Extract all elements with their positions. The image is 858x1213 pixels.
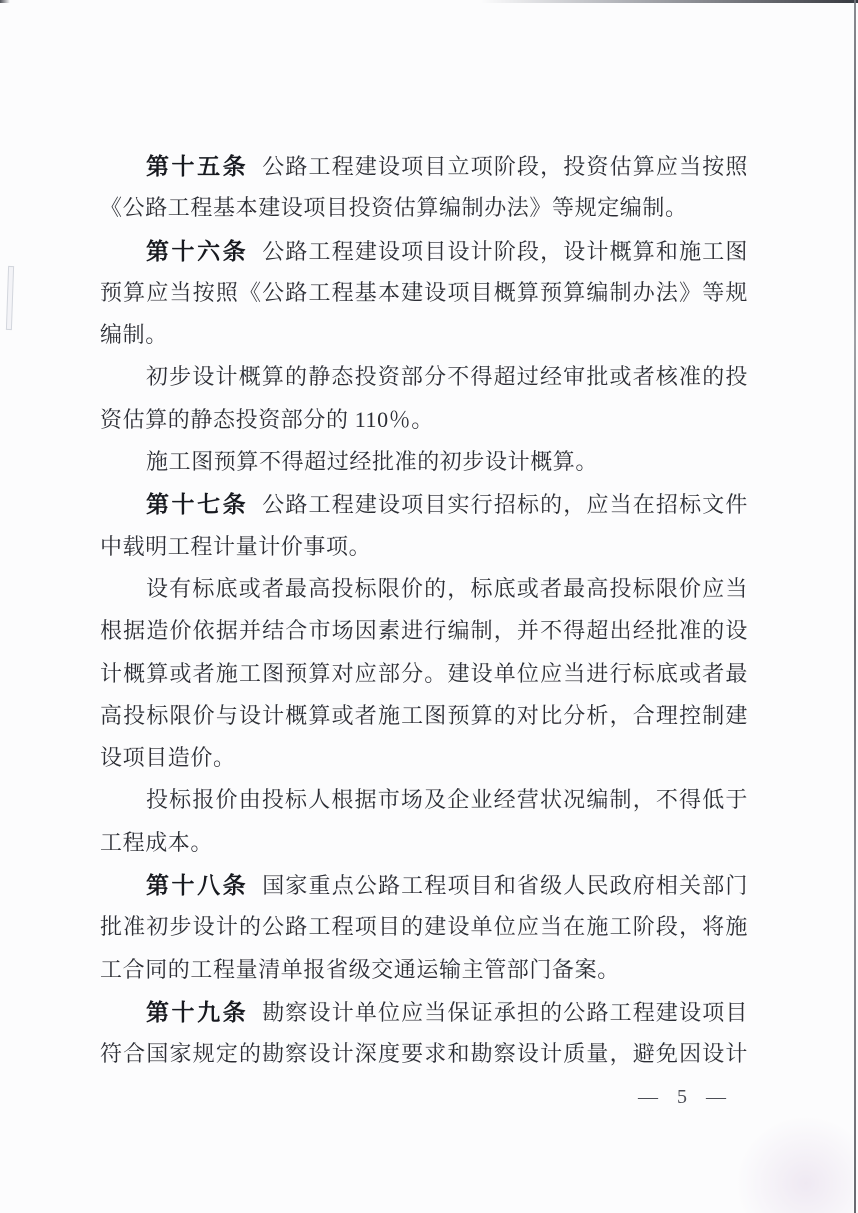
text-line: 第十五条公路工程建设项目立项阶段，投资估算应当按照: [100, 145, 748, 187]
line-text: 国家重点公路工程项目和省级人民政府相关部门: [262, 873, 748, 898]
line-text: 《公路工程基本建设项目投资估算编制办法》等规定编制。: [100, 195, 688, 220]
text-line: 工程成本。: [100, 822, 748, 864]
line-text: 公路工程建设项目实行招标的，应当在招标文件: [262, 492, 748, 517]
scan-artifact-smudge: [735, 1115, 853, 1213]
line-text: 工程成本。: [100, 830, 213, 855]
text-line: 中载明工程计量计价事项。: [100, 526, 748, 568]
text-line: 投标报价由投标人根据市场及企业经营状况编制，不得低于: [100, 779, 748, 821]
article-number: 第十八条: [146, 872, 248, 898]
text-line: 高投标限价与设计概算或者施工图预算的对比分析，合理控制建: [100, 695, 748, 737]
text-line: 第十七条公路工程建设项目实行招标的，应当在招标文件: [100, 483, 748, 525]
line-text: 公路工程建设项目立项阶段，投资估算应当按照: [262, 154, 748, 179]
line-text: 施工图预算不得超过经批准的初步设计概算。: [146, 449, 598, 474]
line-text: 设有标底或者最高投标限价的，标底或者最高投标限价应当: [146, 576, 748, 601]
text-line: 第十八条国家重点公路工程项目和省级人民政府相关部门: [100, 864, 748, 906]
text-line: 预算应当按照《公路工程基本建设项目概算预算编制办法》等规定: [100, 272, 748, 314]
text-line: 符合国家规定的勘察设计深度要求和勘察设计质量，避免因设计: [100, 1033, 748, 1075]
line-text: 高投标限价与设计概算或者施工图预算的对比分析，合理控制建: [100, 703, 748, 728]
line-text: 根据造价依据并结合市场因素进行编制，并不得超出经批准的设: [100, 618, 748, 643]
text-line: 资估算的静态投资部分的 110％。: [100, 399, 748, 441]
text-line: 第十六条公路工程建设项目设计阶段，设计概算和施工图: [100, 230, 748, 272]
line-text: 资估算的静态投资部分的 110％。: [100, 407, 434, 432]
line-text: 编制。: [100, 322, 168, 347]
article-number: 第十七条: [146, 491, 248, 517]
article-number: 第十九条: [146, 999, 248, 1025]
scan-artifact-top-edge: [0, 0, 858, 3]
text-line: 批准初步设计的公路工程项目的建设单位应当在施工阶段，将施: [100, 906, 748, 948]
line-text: 初步设计概算的静态投资部分不得超过经审批或者核准的投: [146, 364, 748, 389]
text-line: 工合同的工程量清单报省级交通运输主管部门备案。: [100, 949, 748, 991]
line-text: 符合国家规定的勘察设计深度要求和勘察设计质量，避免因设计: [100, 1041, 748, 1066]
text-line: 初步设计概算的静态投资部分不得超过经审批或者核准的投: [100, 356, 748, 398]
text-line: 施工图预算不得超过经批准的初步设计概算。: [100, 441, 748, 483]
line-text: 公路工程建设项目设计阶段，设计概算和施工图: [262, 239, 748, 264]
line-text: 工合同的工程量清单报省级交通运输主管部门备案。: [100, 957, 620, 982]
line-text: 预算应当按照《公路工程基本建设项目概算预算编制办法》等规定: [100, 280, 748, 314]
text-line: 《公路工程基本建设项目投资估算编制办法》等规定编制。: [100, 187, 748, 229]
line-text: 批准初步设计的公路工程项目的建设单位应当在施工阶段，将施: [100, 914, 748, 939]
line-text: 投标报价由投标人根据市场及企业经营状况编制，不得低于: [146, 787, 748, 812]
article-number: 第十五条: [146, 153, 248, 179]
line-text: 设项目造价。: [100, 745, 236, 770]
text-line: 编制。: [100, 314, 748, 356]
scan-artifact-right-edge-line: [854, 0, 856, 1213]
document-body: 第十五条公路工程建设项目立项阶段，投资估算应当按照《公路工程基本建设项目投资估算…: [100, 145, 748, 1076]
text-line: 设项目造价。: [100, 737, 748, 779]
text-line: 根据造价依据并结合市场因素进行编制，并不得超出经批准的设: [100, 610, 748, 652]
text-line: 设有标底或者最高投标限价的，标底或者最高投标限价应当: [100, 568, 748, 610]
line-text: 勘察设计单位应当保证承担的公路工程建设项目: [262, 1000, 748, 1025]
article-number: 第十六条: [146, 238, 248, 264]
scanned-document-page: 第十五条公路工程建设项目立项阶段，投资估算应当按照《公路工程基本建设项目投资估算…: [0, 0, 858, 1213]
page-number: — 5 —: [638, 1086, 733, 1109]
line-text: 计概算或者施工图预算对应部分。建设单位应当进行标底或者最: [100, 661, 748, 686]
text-line: 计概算或者施工图预算对应部分。建设单位应当进行标底或者最: [100, 653, 748, 695]
scan-artifact-left-mark: [6, 266, 14, 330]
line-text: 中载明工程计量计价事项。: [100, 534, 371, 559]
text-line: 第十九条勘察设计单位应当保证承担的公路工程建设项目: [100, 991, 748, 1033]
